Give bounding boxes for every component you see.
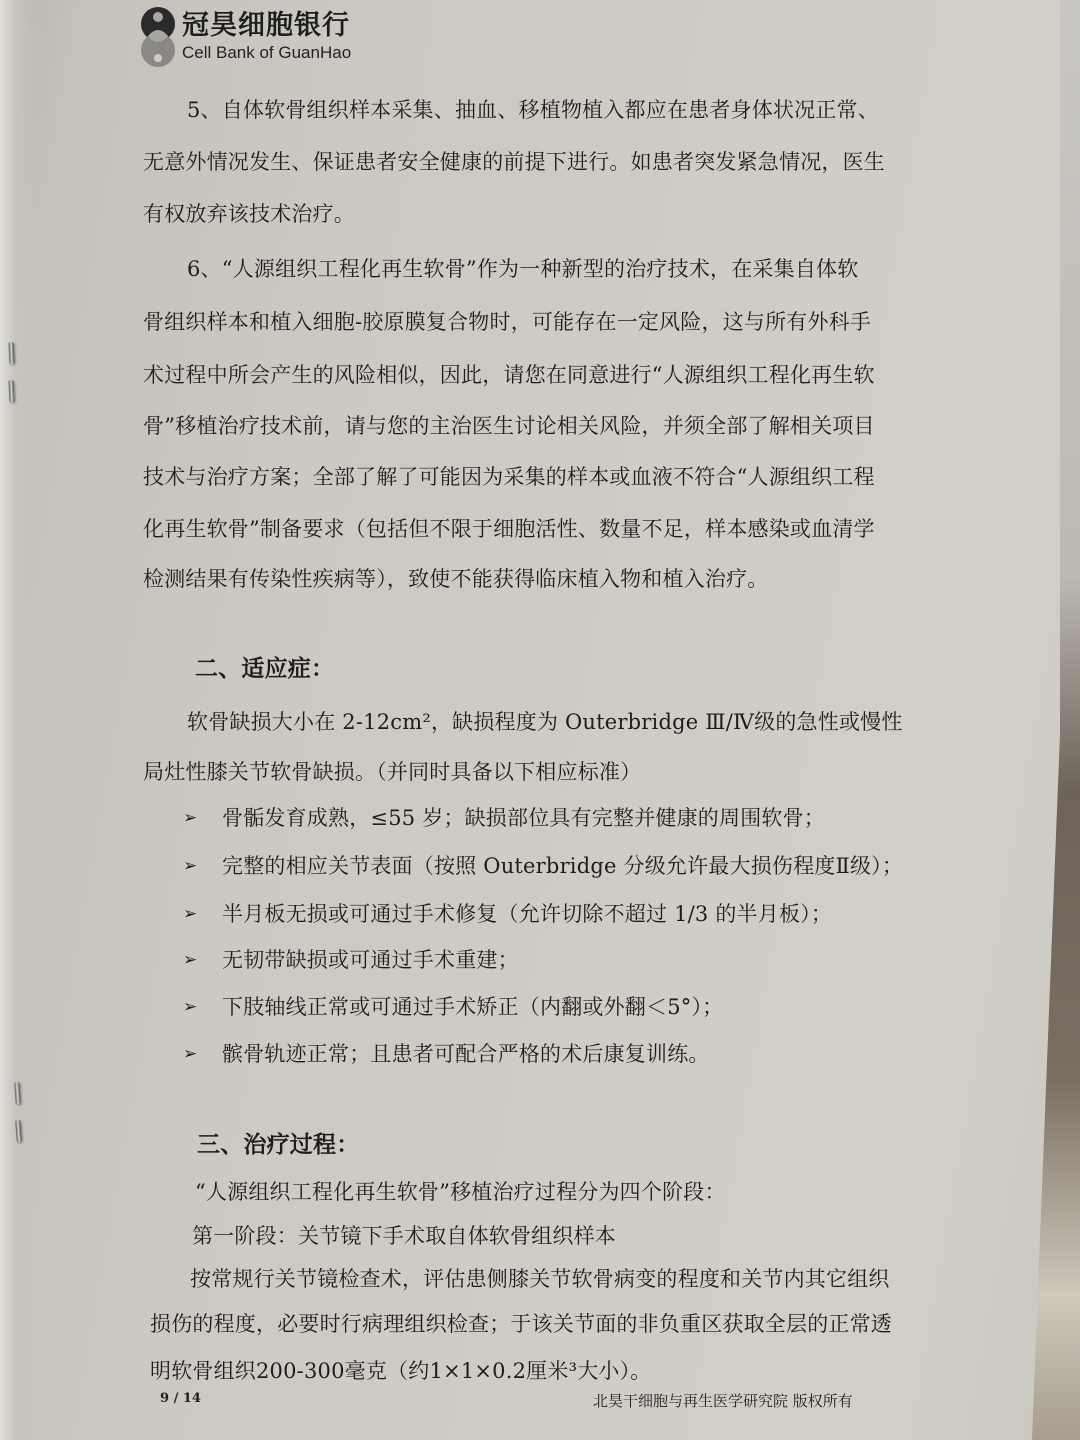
staple (15, 1120, 22, 1142)
item5-line-1: 5、自体软骨组织样本采集、抽血、移植物植入都应在患者身体状况正常、 (187, 96, 879, 124)
item5-line-3: 有权放弃该技术治疗。 (143, 200, 355, 228)
criterion-3: 半月板无损或可通过手术修复（允许切除不超过 1/3 的半月板）； (222, 900, 832, 928)
criterion-1: 骨骺发育成熟，≤55 岁；缺损部位具有完整并健康的周围软骨； (222, 804, 825, 832)
stage1-body-line-2: 损伤的程度，必要时行病理组织检查；于该关节面的非负重区获取全层的正常透 (150, 1310, 892, 1338)
arrow-bullet-icon: ➢ (183, 1040, 197, 1068)
logo-english-name: Cell Bank of GuanHao (182, 42, 351, 64)
item6-line-5: 技术与治疗方案；全部了解了可能因为采集的样本或血液不符合“人源组织工程 (143, 463, 875, 491)
criterion-4: 无韧带缺损或可通过手术重建； (222, 946, 519, 974)
document-page: 冠昊细胞银行 Cell Bank of GuanHao 5、自体软骨组织样本采集… (0, 0, 1060, 1440)
indications-intro-line-1: 软骨缺损大小在 2-12cm²，缺损程度为 Outerbridge Ⅲ/Ⅳ级的急… (187, 708, 903, 736)
item5-line-2: 无意外情况发生、保证患者安全健康的前提下进行。如患者突发紧急情况，医生 (143, 148, 885, 176)
criterion-5: 下肢轴线正常或可通过手术矫正（内翻或外翻＜5°）； (222, 993, 723, 1021)
item6-line-1: 6、“人源组织工程化再生软骨”作为一种新型的治疗技术，在采集自体软 (187, 255, 858, 283)
arrow-bullet-icon: ➢ (183, 900, 197, 928)
page-number: 9 / 14 (160, 1391, 201, 1406)
item6-line-4: 骨”移植治疗技术前，请与您的主治医生讨论相关风险，并须全部了解相关项目 (143, 412, 875, 440)
arrow-bullet-icon: ➢ (183, 804, 197, 832)
stage1-body-line-1: 按常规行关节镜检查术，评估患侧膝关节软骨病变的程度和关节内其它组织 (190, 1265, 890, 1293)
criterion-6: 髌骨轨迹正常；且患者可配合严格的术后康复训练。 (222, 1040, 710, 1068)
indications-intro-line-2: 局灶性膝关节软骨缺损。（并同时具备以下相应标准） (143, 758, 641, 786)
staple (14, 1082, 21, 1104)
cell-bank-logo-icon (140, 6, 176, 68)
item6-line-6: 化再生软骨”制备要求（包括但不限于细胞活性、数量不足，样本感染或血清学 (143, 515, 875, 543)
header-logo: 冠昊细胞银行 Cell Bank of GuanHao (140, 6, 351, 68)
process-heading: 三、治疗过程： (197, 1131, 359, 1159)
logo-chinese-name: 冠昊细胞银行 (182, 10, 351, 42)
indications-heading: 二、适应症： (195, 655, 334, 683)
arrow-bullet-icon: ➢ (183, 946, 197, 974)
arrow-bullet-icon: ➢ (183, 852, 197, 880)
stage1-title: 第一阶段：关节镜下手术取自体软骨组织样本 (192, 1222, 616, 1250)
arrow-bullet-icon: ➢ (183, 993, 197, 1021)
item6-line-7: 检测结果有传染性疾病等），致使不能获得临床植入物和植入治疗。 (143, 565, 769, 593)
criterion-2: 完整的相应关节表面（按照 Outerbridge 分级允许最大损伤程度Ⅱ级）； (222, 852, 903, 880)
stage1-body-line-3: 明软骨组织200-300毫克（约1×1×0.2厘米³大小）。 (150, 1357, 652, 1385)
copyright-notice: 北昊干细胞与再生医学研究院 版权所有 (593, 1390, 853, 1411)
item6-line-2: 骨组织样本和植入细胞-胶原膜复合物时，可能存在一定风险，这与所有外科手 (143, 308, 871, 336)
staple (8, 342, 14, 364)
item6-line-3: 术过程中所会产生的风险相似，因此，请您在同意进行“人源组织工程化再生软 (143, 361, 875, 389)
process-intro: “人源组织工程化再生软骨”移植治疗过程分为四个阶段： (195, 1178, 726, 1206)
staple (8, 380, 14, 402)
